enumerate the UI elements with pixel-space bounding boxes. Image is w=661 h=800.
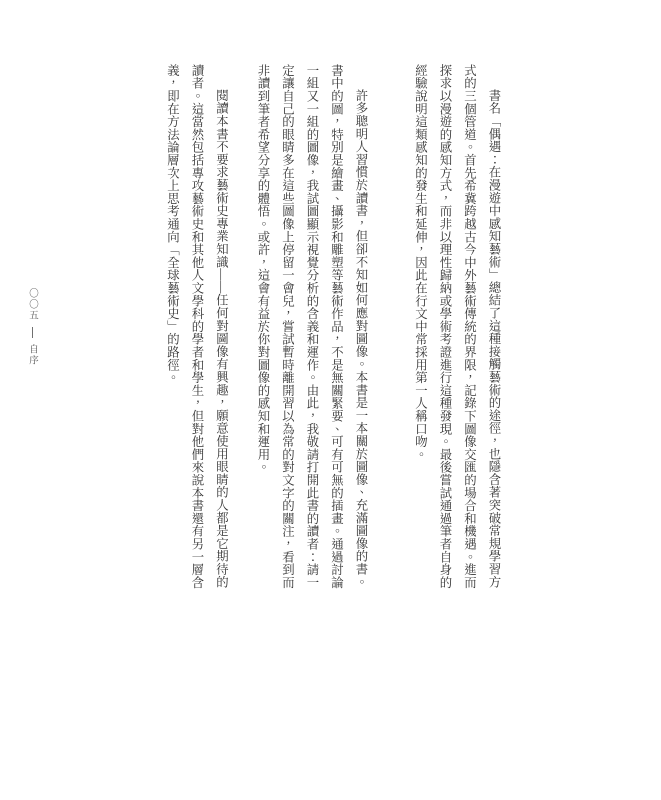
book-page: 書名「偶遇：在漫遊中感知藝術」總結了這種接觸藝術的途徑，也隱含著突破常規學習方式… [0,0,661,800]
folio-divider-line [32,327,33,338]
folio-section-label: 自序 [25,344,39,366]
folio-page-number: 〇〇五 [25,288,39,321]
body-paragraph: 閱讀本書不要求藝術史專業知識——任何對圖像有興趣，願意使用眼睛的人都是它期待的讀… [160,64,234,592]
body-paragraph: 書名「偶遇：在漫遊中感知藝術」總結了這種接觸藝術的途徑，也隱含著突破常規學習方式… [408,64,506,592]
main-text-block: 書名「偶遇：在漫遊中感知藝術」總結了這種接觸藝術的途徑，也隱含著突破常規學習方式… [160,64,506,592]
folio-marker: 〇〇五 自序 [25,288,39,366]
body-paragraph: 許多聰明人習慣於讀書，但卻不知如何應對圖像。本書是一本關於圖像、充滿圖像的書。書… [251,64,374,592]
